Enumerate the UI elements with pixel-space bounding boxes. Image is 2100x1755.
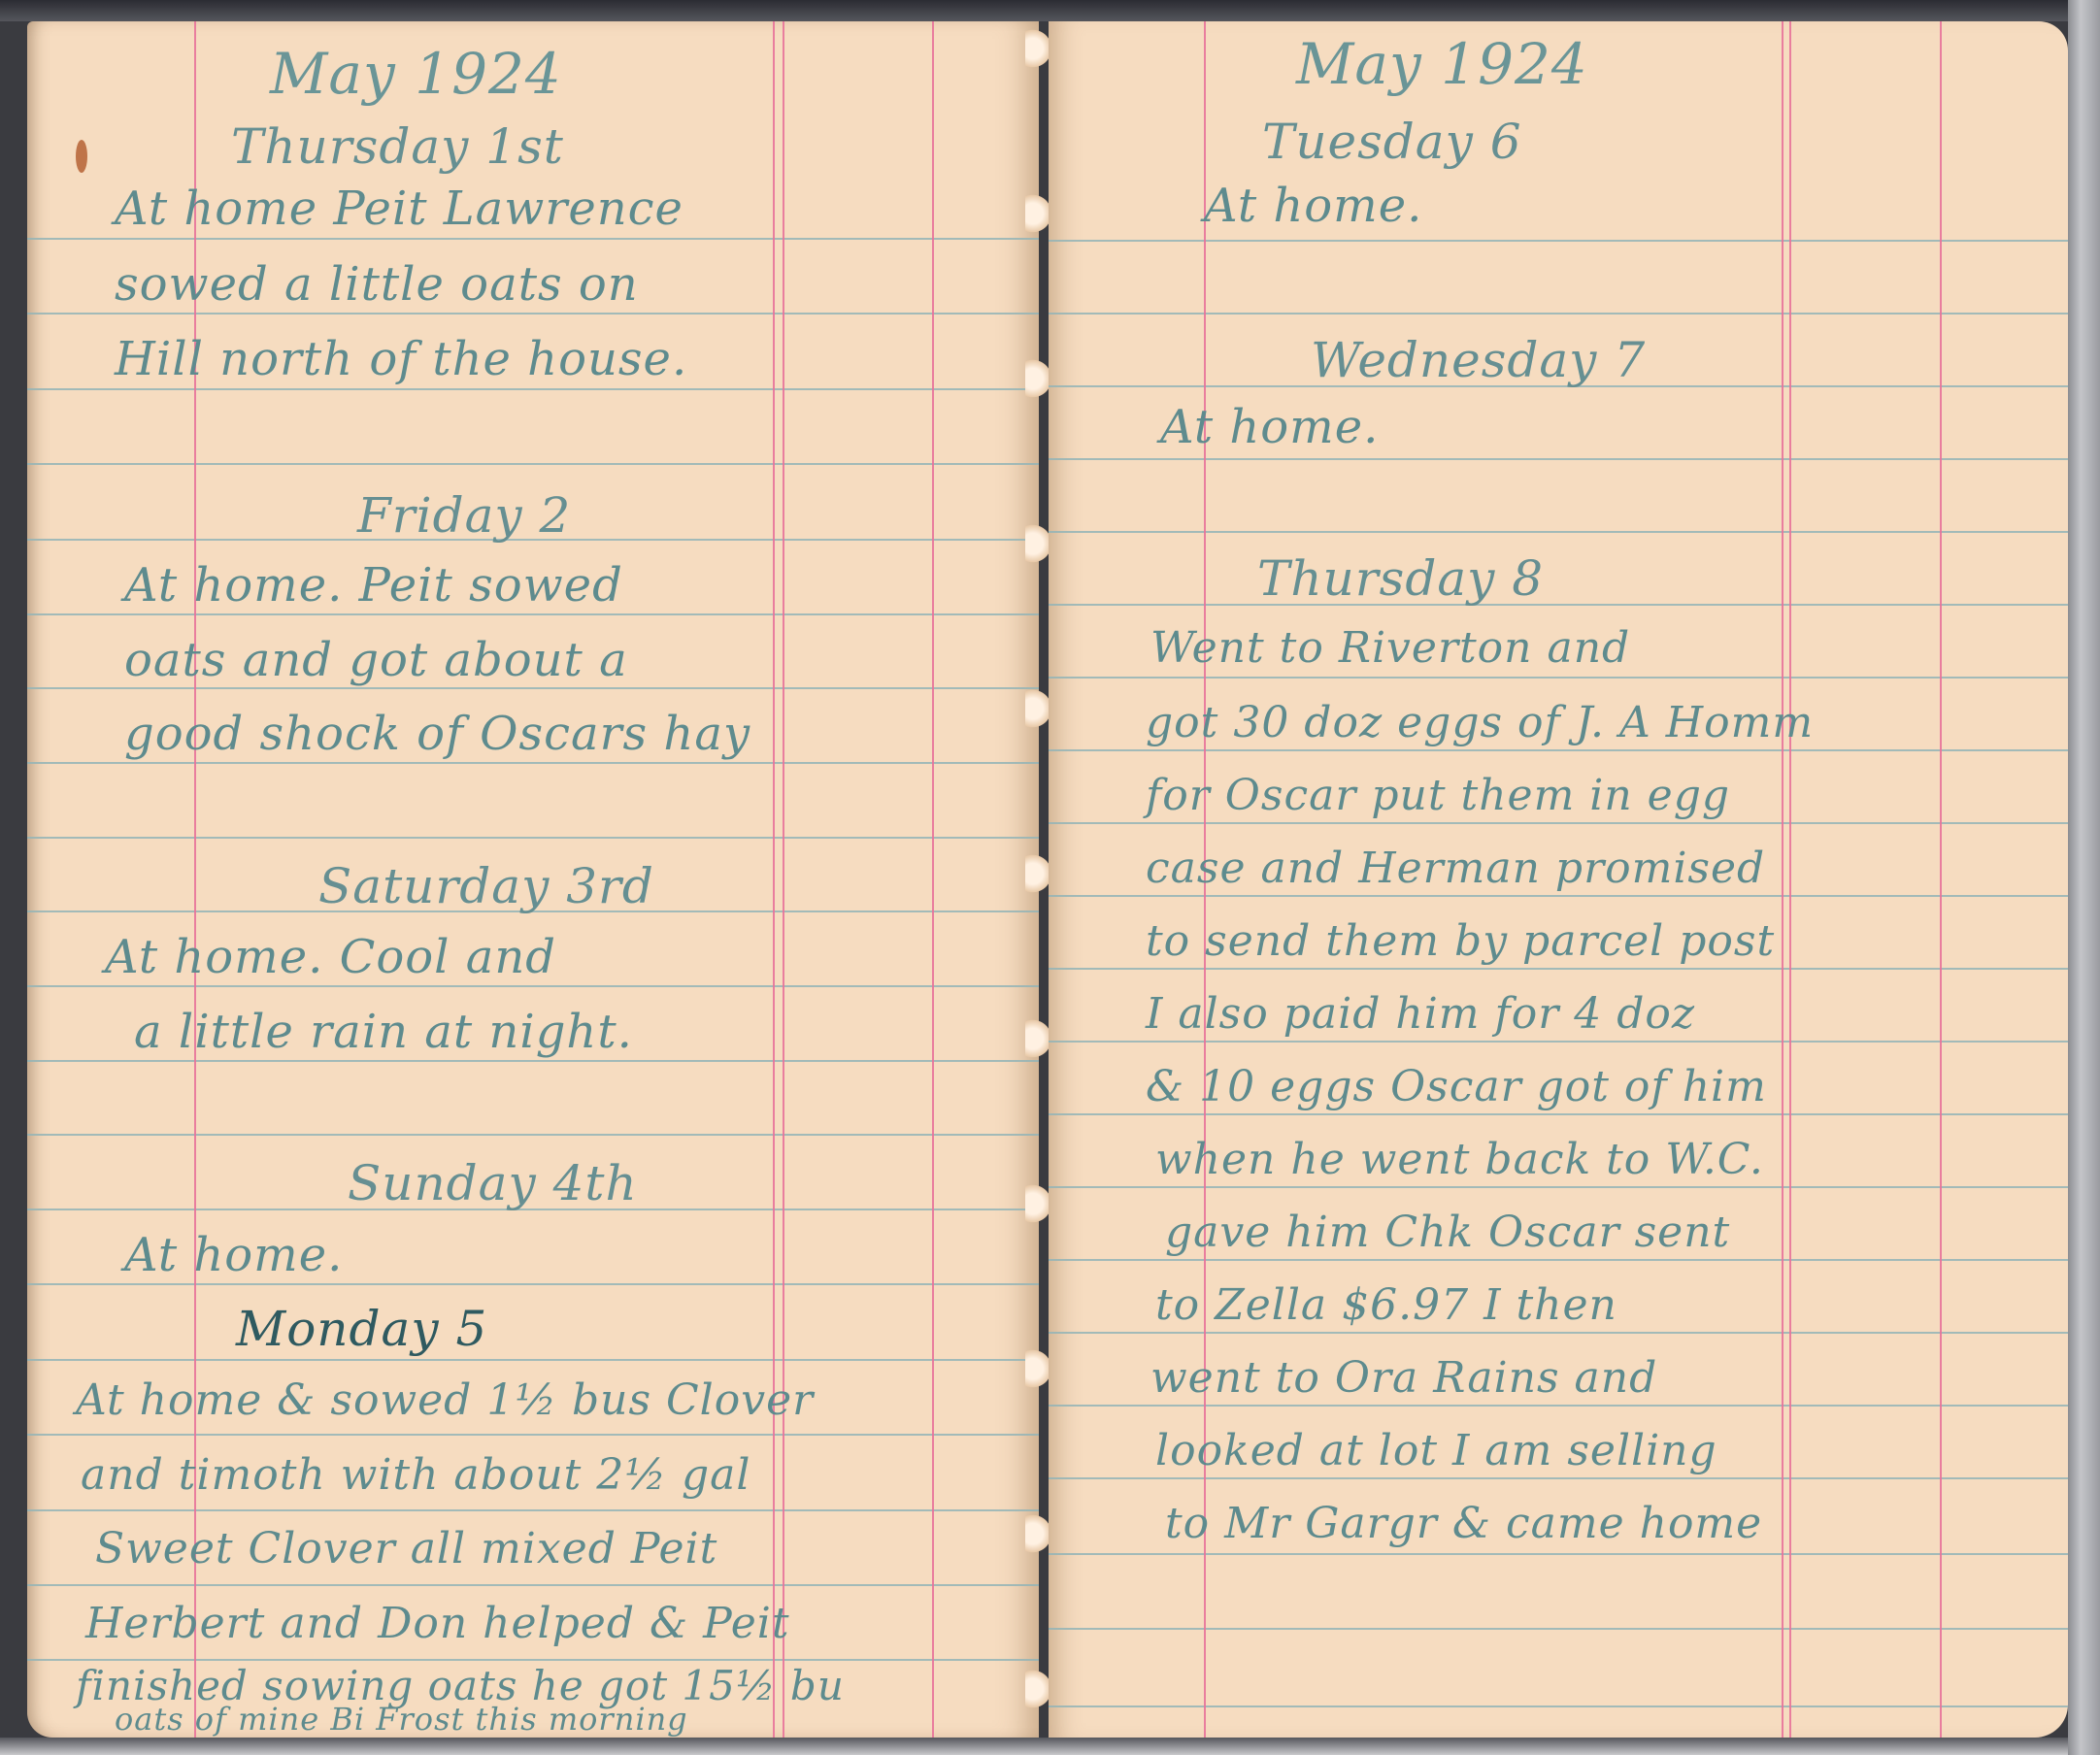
spine-stitch: [1025, 1184, 1050, 1223]
ruled-line: [27, 463, 1039, 465]
ruled-line: [27, 238, 1039, 240]
ruled-line: [1049, 531, 2068, 533]
entry-line: Sweet Clover all mixed Peit: [95, 1524, 717, 1573]
ruled-line: [27, 985, 1039, 987]
entry-line: looked at lot I am selling: [1155, 1426, 1717, 1475]
ruled-line: [1049, 1405, 2068, 1407]
right-page: May 1924 Tuesday 6 At home. Wednesday 7 …: [1049, 21, 2068, 1738]
spine-stitch: [1025, 854, 1050, 893]
spine-stitch: [1025, 1670, 1050, 1708]
entry-line: sowed a little oats on: [115, 257, 639, 312]
spine-stitch: [1025, 359, 1050, 398]
ruled-line: [1049, 749, 2068, 751]
ruled-line: [1049, 895, 2068, 897]
ruled-line: [1049, 1477, 2068, 1479]
scanner-edge-top: [0, 0, 2100, 21]
entry-line: for Oscar put them in egg: [1146, 771, 1730, 820]
entry-line: At home. Peit sowed: [124, 558, 623, 613]
ruled-line: [1049, 677, 2068, 679]
ruled-line: [1049, 968, 2068, 970]
entry-line: Herbert and Don helped & Peit: [85, 1599, 790, 1648]
ruled-line: [27, 837, 1039, 839]
day-heading: Wednesday 7: [1311, 332, 1646, 388]
scanner-edge-bottom: [0, 1738, 2100, 1755]
entry-line: At home.: [1204, 179, 1422, 233]
day-heading: Thursday 1st: [231, 118, 564, 175]
ruled-line: [27, 313, 1039, 315]
ruled-line: [27, 388, 1039, 390]
ruled-line: [27, 613, 1039, 615]
entry-line: to Mr Gargr & came home: [1165, 1499, 1762, 1548]
entry-line: & 10 eggs Oscar got of him: [1146, 1062, 1767, 1111]
page-header: May 1924: [270, 41, 562, 107]
entry-line: went to Ora Rains and: [1150, 1353, 1657, 1403]
ruled-line: [27, 1359, 1039, 1361]
ruled-line: [1049, 458, 2068, 460]
margin-line: [1789, 21, 1791, 1738]
entry-line: At home.: [1160, 400, 1379, 454]
entry-line: oats and got about a: [124, 633, 628, 687]
entry-line: a little rain at night.: [134, 1005, 633, 1059]
ruled-line: [1049, 313, 2068, 315]
spine-stitch: [1025, 689, 1050, 728]
ruled-line: [27, 1509, 1039, 1511]
ruled-line: [27, 1134, 1039, 1136]
spine-stitch: [1025, 1019, 1050, 1058]
ruled-line: [1049, 1705, 2068, 1707]
margin-line: [1782, 21, 1783, 1738]
page-header: May 1924: [1296, 31, 1588, 97]
entry-line: At home.: [124, 1228, 343, 1282]
spine-stitch: [1025, 524, 1050, 563]
ruled-line: [1049, 1041, 2068, 1043]
left-page: May 1924 Thursday 1st At home Peit Lawre…: [27, 21, 1039, 1738]
entry-line: At home. Cool and: [105, 930, 556, 984]
ruled-line: [27, 1434, 1039, 1436]
day-heading: Sunday 4th: [348, 1155, 638, 1211]
day-heading: Monday 5: [236, 1301, 487, 1357]
ruled-line: [27, 1659, 1039, 1661]
day-heading: Thursday 8: [1257, 550, 1544, 607]
entry-line: good shock of Oscars hay: [124, 707, 750, 761]
ruled-line: [1049, 1332, 2068, 1334]
entry-line: case and Herman promised: [1146, 844, 1765, 893]
ruled-line: [27, 1584, 1039, 1586]
entry-line: to Zella $6.97 I then: [1155, 1280, 1617, 1330]
spine-stitch: [1025, 29, 1050, 68]
entry-line: At home Peit Lawrence: [115, 182, 683, 236]
margin-line: [773, 21, 775, 1738]
spine-stitch: [1025, 1349, 1050, 1388]
ruled-line: [1049, 604, 2068, 606]
day-heading: Tuesday 6: [1262, 114, 1522, 170]
entry-line: gave him Chk Oscar sent: [1165, 1208, 1730, 1257]
spine-stitch: [1025, 1514, 1050, 1553]
day-heading: Friday 2: [357, 487, 571, 544]
entry-line: Hill north of the house.: [115, 332, 687, 386]
margin-line: [1940, 21, 1942, 1738]
entry-line: to send them by parcel post: [1146, 916, 1775, 966]
ruled-line: [27, 1060, 1039, 1062]
entry-line: At home & sowed 1½ bus Clover: [76, 1375, 814, 1425]
spine-stitch: [1025, 194, 1050, 233]
margin-line: [932, 21, 934, 1738]
entry-line: I also paid him for 4 doz: [1146, 989, 1695, 1039]
ruled-line: [1049, 822, 2068, 824]
ruled-line: [1049, 1259, 2068, 1261]
ruled-line: [27, 1283, 1039, 1285]
ruled-line: [1049, 1113, 2068, 1115]
entry-line: oats of mine Bi Frost this morning: [115, 1701, 688, 1738]
entry-line: when he went back to W.C.: [1155, 1135, 1764, 1184]
ruled-line: [27, 687, 1039, 689]
entry-line: Went to Riverton and: [1150, 623, 1630, 673]
day-heading: Saturday 3rd: [318, 858, 654, 914]
ruled-line: [27, 762, 1039, 764]
ink-stain: [76, 140, 87, 173]
ruled-line: [1049, 1553, 2068, 1555]
ruled-line: [1049, 240, 2068, 242]
margin-line: [783, 21, 784, 1738]
ruled-line: [1049, 1628, 2068, 1630]
scanner-edge-right: [2068, 0, 2100, 1755]
ruled-line: [1049, 1186, 2068, 1188]
entry-line: and timoth with about 2½ gal: [81, 1450, 750, 1500]
entry-line: got 30 doz eggs of J. A Homm: [1146, 698, 1814, 747]
